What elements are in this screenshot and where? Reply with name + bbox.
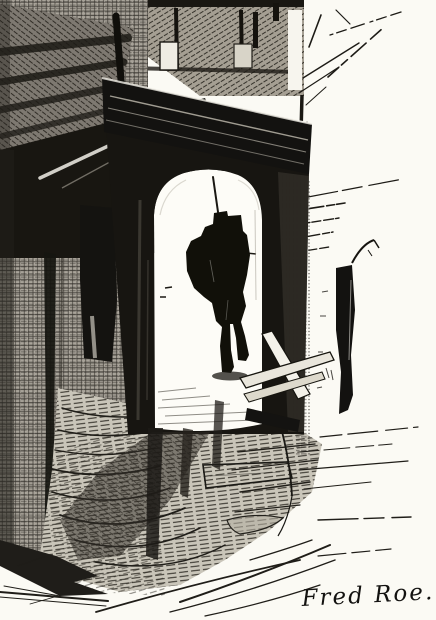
gateway: [102, 78, 312, 434]
artwork: Fred Roe.: [0, 0, 436, 620]
upper-window: [160, 42, 178, 70]
upper-window-2: [234, 44, 252, 68]
arch-opening: [154, 169, 262, 431]
sketch-svg: Fred Roe.: [0, 0, 436, 620]
doorway-recess: [80, 205, 117, 362]
